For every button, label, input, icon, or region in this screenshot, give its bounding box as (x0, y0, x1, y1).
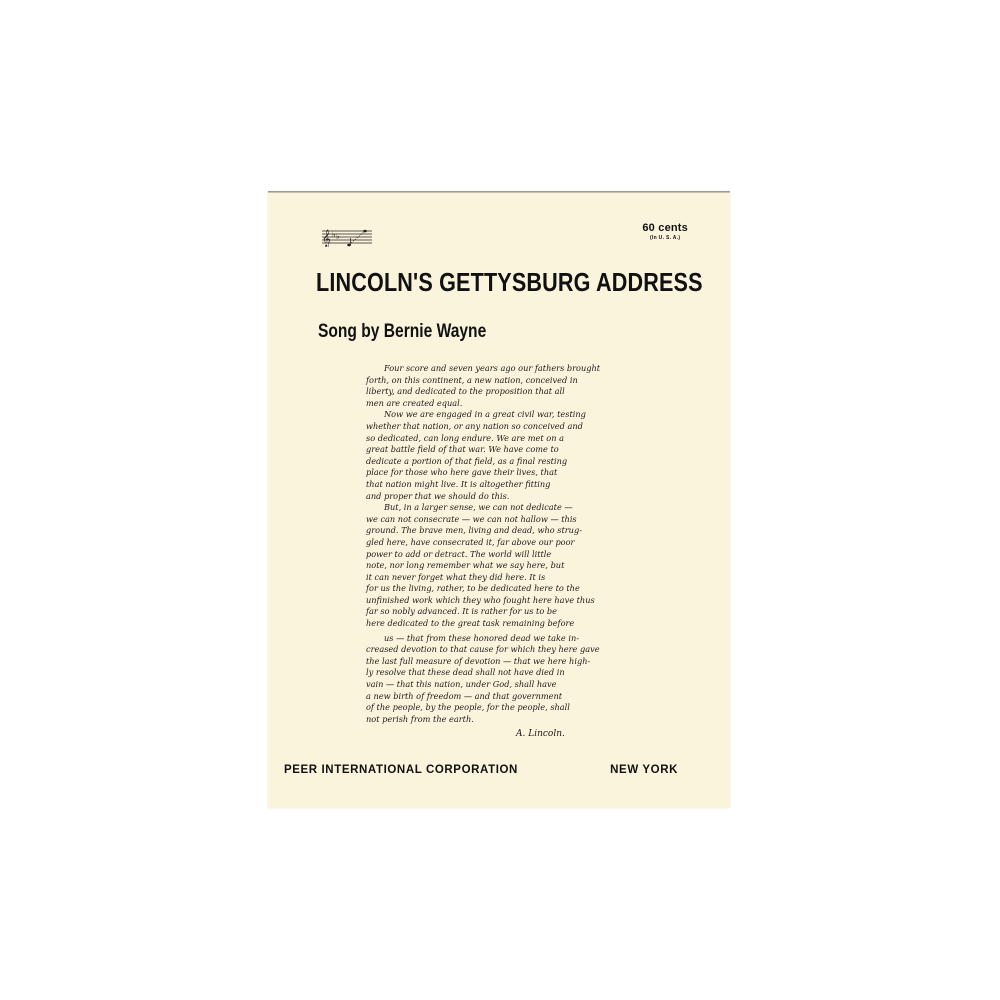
svg-text:♭: ♭ (336, 232, 340, 241)
manuscript-line: that nation might live. It is altogether… (366, 479, 678, 491)
manuscript-line: here dedicated to the great task remaini… (366, 618, 678, 630)
manuscript-line: But, in a larger sense, we can not dedic… (366, 502, 678, 514)
manuscript-line: and proper that we should do this. (366, 491, 678, 503)
manuscript-line: power to add or detract. The world will … (366, 549, 678, 561)
manuscript-line: for us the living, rather, to be dedicat… (366, 583, 678, 595)
manuscript-line: great battle field of that war. We have … (366, 444, 678, 456)
manuscript-line: ground. The brave men, living and dead, … (366, 525, 678, 537)
manuscript-line: Four score and seven years ago our fathe… (366, 363, 678, 375)
lincoln-signature: A. Lincoln. (516, 729, 565, 739)
manuscript-line: far so nobly advanced. It is rather for … (366, 606, 678, 618)
manuscript-line: note, nor long remember what we say here… (366, 560, 678, 572)
manuscript-line: we can not consecrate — we can not hallo… (366, 514, 678, 526)
manuscript-line: creased devotion to that cause for which… (366, 644, 678, 656)
manuscript-line: gled here, have consecrated it, far abov… (366, 537, 678, 549)
handwritten-manuscript: Four score and seven years ago our fathe… (366, 363, 678, 725)
sheet-music-cover: 𝄞 ♭ ♭ 60 cents (In U. S. A.) LINCOLN'S G… (268, 191, 730, 808)
music-staff-icon: 𝄞 ♭ ♭ (320, 227, 374, 247)
manuscript-line: ly resolve that these dead shall not hav… (366, 667, 678, 679)
manuscript-line: a new birth of freedom — and that govern… (366, 691, 678, 703)
manuscript-line: so dedicated, can long endure. We are me… (366, 433, 678, 445)
manuscript-line: liberty, and dedicated to the propositio… (366, 386, 678, 398)
svg-text:𝄞: 𝄞 (322, 229, 331, 247)
manuscript-line: us — that from these honored dead we tak… (366, 633, 678, 645)
manuscript-line: unfinished work which they who fought he… (366, 595, 678, 607)
price-amount: 60 cents (642, 222, 688, 234)
price-label: 60 cents (In U. S. A.) (642, 222, 688, 241)
manuscript-line: forth, on this continent, a new nation, … (366, 375, 678, 387)
publisher-name: PEER INTERNATIONAL CORPORATION (284, 764, 518, 776)
manuscript-line: Now we are engaged in a great civil war,… (366, 409, 678, 421)
manuscript-line: it can never forget what they did here. … (366, 572, 678, 584)
song-title: LINCOLN'S GETTYSBURG ADDRESS (316, 267, 703, 298)
manuscript-line: whether that nation, or any nation so co… (366, 421, 678, 433)
manuscript-line: place for those who here gave their live… (366, 467, 678, 479)
price-region: (In U. S. A.) (642, 235, 688, 241)
manuscript-line: vain — that this nation, under God, shal… (366, 679, 678, 691)
manuscript-line: the last full measure of devotion — that… (366, 656, 678, 668)
manuscript-line: of the people, by the people, for the pe… (366, 702, 678, 714)
manuscript-line: dedicate a portion of that field, as a f… (366, 456, 678, 468)
publisher-city: NEW YORK (610, 764, 678, 776)
manuscript-line: not perish from the earth. (366, 714, 678, 726)
song-credit: Song by Bernie Wayne (318, 321, 486, 343)
manuscript-line: men are created equal. (366, 398, 678, 410)
